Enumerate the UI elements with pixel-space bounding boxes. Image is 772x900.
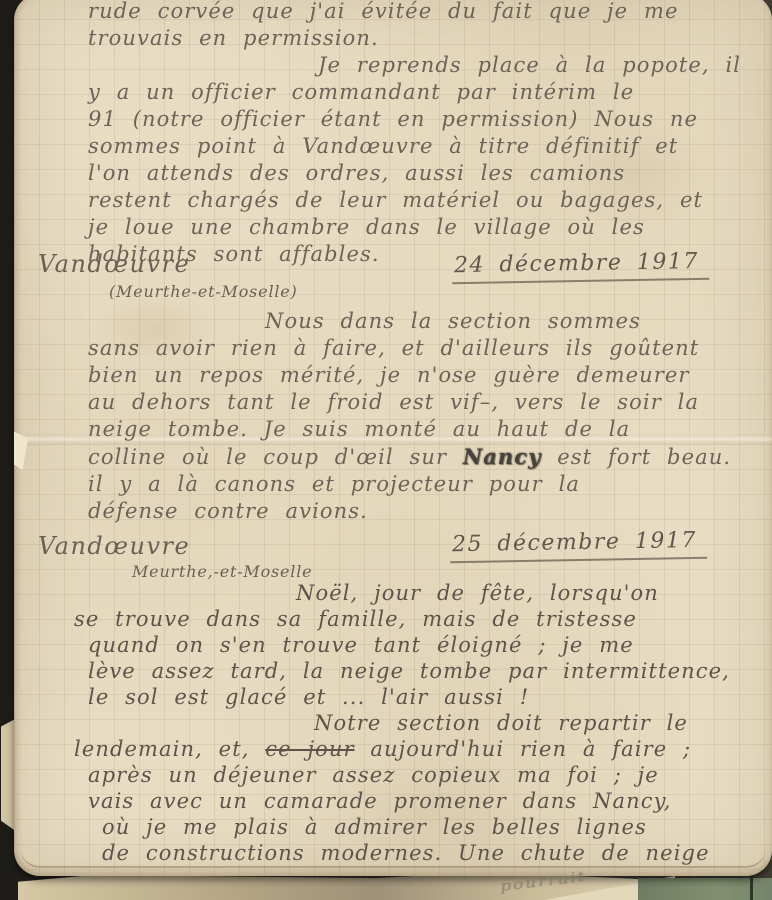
handwritten-line: il y a là canons et projecteur pour la (88, 471, 768, 498)
handwritten-line: le sol est glacé et ... l'air aussi ! (74, 684, 772, 710)
handwritten-line: vais avec un camarade promener dans Nanc… (74, 788, 772, 814)
handwritten-line: sans avoir rien à faire, et d'ailleurs i… (88, 335, 768, 362)
struck-words: ce jour (265, 737, 354, 761)
handwritten-line: lève assez tard, la neige tombe par inte… (74, 658, 772, 684)
handwritten-line: au dehors tant le froid est vif–, vers l… (88, 389, 768, 416)
entry-24dec-body: Nous dans la section sommes sans avoir r… (88, 308, 768, 525)
handwritten-line: bien un repos mérité, je n'ose guère dem… (88, 362, 768, 389)
handwritten-line: neige tombe. Je suis monté au haut de la (88, 416, 768, 443)
entry-place-detail: (Meurthe-et-Moselle) (109, 282, 298, 301)
continuation-paragraphs: rude corvée que j'ai évitée du fait que … (88, 0, 768, 268)
handwritten-line: Noël, jour de fête, lorsqu'on (74, 580, 772, 606)
handwritten-line: défense contre avions. (88, 498, 768, 525)
handwritten-line: je loue une chambre dans le village où l… (88, 214, 768, 241)
handwritten-line: l'on attends des ordres, aussi les camio… (88, 160, 768, 187)
handwritten-line: rude corvée que j'ai évitée du fait que … (88, 0, 768, 25)
handwritten-line: se trouve dans sa famille, mais de trist… (74, 606, 772, 632)
entry-place: Vandœuvre (38, 532, 190, 560)
handwritten-line: après un déjeuner assez copieux ma foi ;… (74, 762, 772, 788)
line-part: colline où le coup d'œil sur (88, 445, 463, 469)
line-part: est fort beau. (541, 445, 731, 469)
handwritten-line: Nous dans la section sommes (88, 308, 768, 335)
line-part: lendemain, et, (74, 737, 265, 761)
entry-date: 24 décembre 1917 (452, 249, 709, 284)
line-part: aujourd'hui rien à faire ; (355, 737, 692, 761)
handwritten-line: de constructions modernes. Une chute de … (74, 840, 772, 866)
entry-date: 25 décembre 1917 (450, 528, 707, 563)
handwritten-line: y a un officier commandant par intérim l… (88, 79, 768, 106)
handwritten-line: quand on s'en trouve tant éloigné ; je m… (74, 632, 772, 658)
handwritten-line: Notre section doit repartir le (74, 710, 772, 736)
entry-place-detail: Meurthe,-et-Moselle (132, 562, 312, 581)
handwritten-line: sommes point à Vandœuvre à titre définit… (88, 133, 768, 160)
handwritten-line: colline où le coup d'œil sur Nancy est f… (88, 443, 768, 471)
handwritten-line: Je reprends place à la popote, il (88, 52, 768, 79)
overwritten-word: Nancy (463, 444, 542, 469)
handwritten-line: lendemain, et, ce jour aujourd'hui rien … (74, 736, 772, 762)
entry-place: Vandœuvre (38, 250, 190, 278)
entry-25dec-body: Noël, jour de fête, lorsqu'on se trouve … (74, 580, 772, 866)
notebook-page: rude corvée que j'ai évitée du fait que … (14, 0, 772, 876)
handwritten-line: trouvais en permission. (88, 25, 768, 52)
handwritten-line: 91 (notre officier étant en permission) … (88, 106, 768, 133)
handwritten-line: où je me plais à admirer les belles lign… (74, 814, 772, 840)
handwritten-line: restent chargés de leur matériel ou baga… (88, 187, 768, 214)
